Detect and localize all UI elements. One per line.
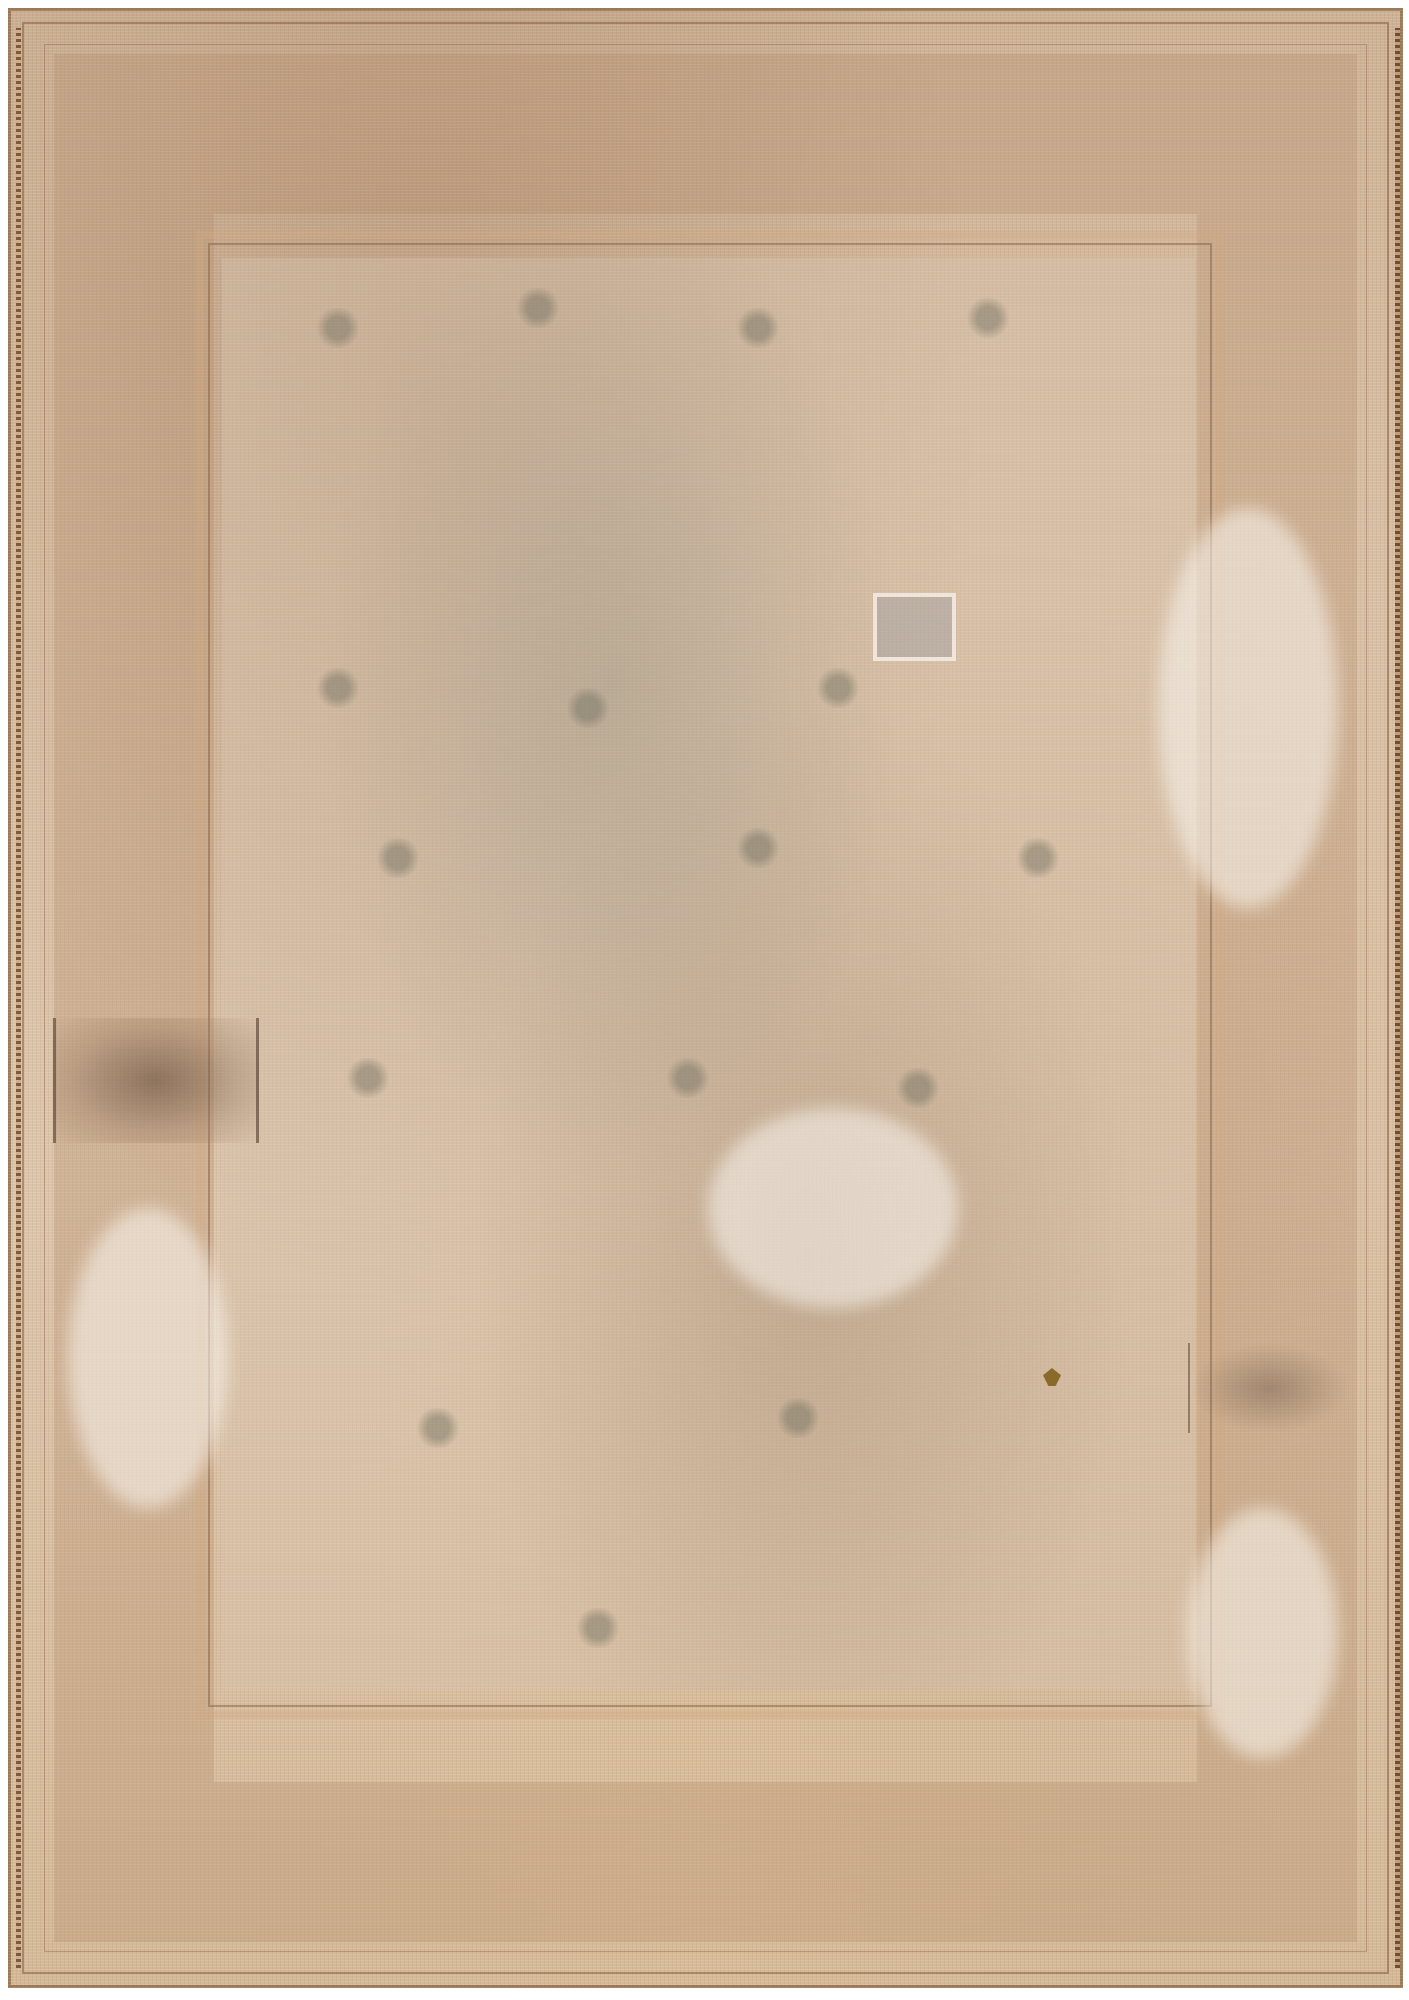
motif bbox=[508, 288, 568, 328]
motif bbox=[308, 668, 368, 708]
motif bbox=[888, 1068, 948, 1108]
edge-binding-left bbox=[16, 28, 21, 1968]
worn-area bbox=[1158, 508, 1338, 908]
motif bbox=[1008, 838, 1068, 878]
field-frame bbox=[208, 243, 1212, 1707]
worn-area bbox=[1188, 1508, 1338, 1758]
worn-area bbox=[708, 1108, 958, 1308]
motif bbox=[568, 1608, 628, 1648]
motif bbox=[368, 838, 428, 878]
motif bbox=[768, 1398, 828, 1438]
motif bbox=[728, 828, 788, 868]
motif bbox=[308, 308, 368, 348]
motif bbox=[408, 1408, 468, 1448]
rug-photo bbox=[8, 8, 1403, 1988]
motif bbox=[558, 688, 618, 728]
dark-patch-right bbox=[1188, 1343, 1350, 1433]
worn-area bbox=[68, 1208, 228, 1508]
motif bbox=[728, 308, 788, 348]
motif bbox=[958, 298, 1018, 338]
motif bbox=[338, 1058, 398, 1098]
motif bbox=[808, 668, 868, 708]
edge-binding-right bbox=[1395, 28, 1400, 1968]
motif bbox=[658, 1058, 718, 1098]
light-square-patch bbox=[873, 593, 956, 661]
dark-patch-left bbox=[53, 1018, 259, 1143]
